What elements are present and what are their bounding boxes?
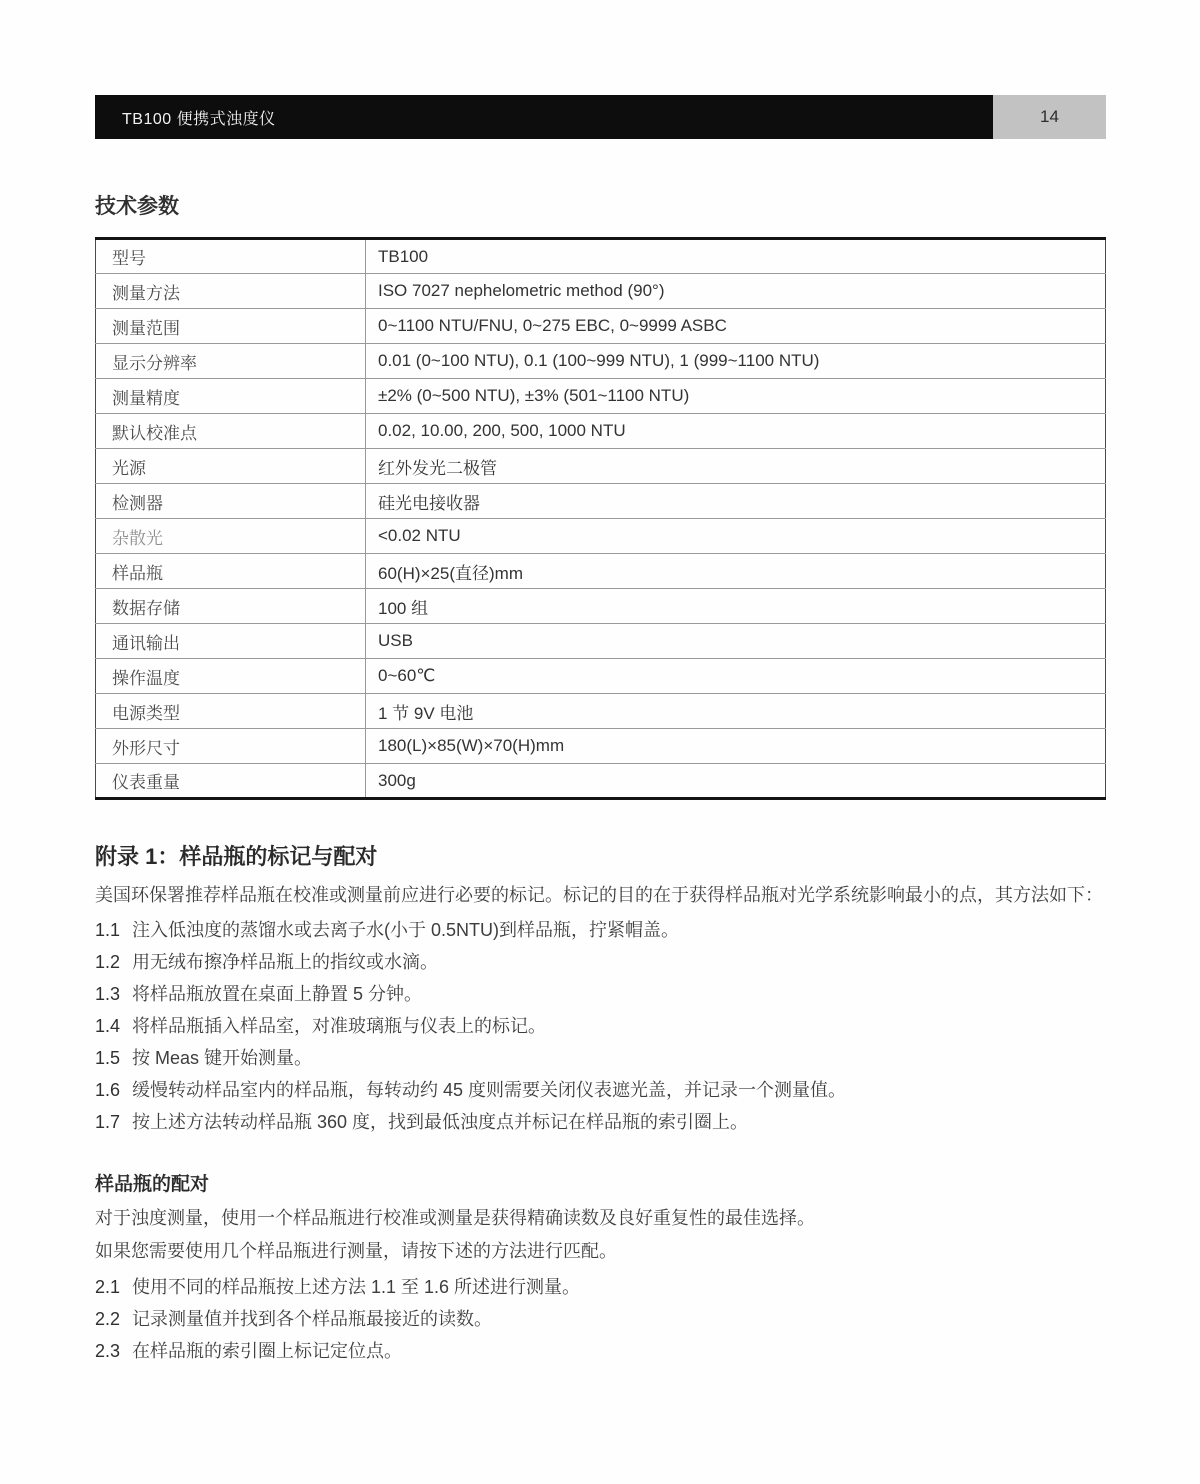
table-row: 测量精度 ±2% (0~500 NTU), ±3% (501~1100 NTU) <box>96 379 1106 414</box>
table-row: 光源 红外发光二极管 <box>96 449 1106 484</box>
spec-label: 电源类型 <box>96 694 366 729</box>
document-title-bar: TB100 便携式浊度仪 <box>95 95 993 139</box>
list-item-text: 按上述方法转动样品瓶 360 度，找到最低浊度点并标记在样品瓶的索引圈上。 <box>132 1111 1106 1133</box>
table-row: 测量方法 ISO 7027 nephelometric method (90°) <box>96 274 1106 309</box>
list-item-text: 将样品瓶插入样品室，对准玻璃瓶与仪表上的标记。 <box>132 1015 1106 1037</box>
spec-value: 60(H)×25(直径)mm <box>366 554 1106 589</box>
spec-value: 0.01 (0~100 NTU), 0.1 (100~999 NTU), 1 (… <box>366 344 1106 379</box>
list-item: 2.2 记录测量值并找到各个样品瓶最接近的读数。 <box>95 1308 1106 1330</box>
spec-label: 测量精度 <box>96 379 366 414</box>
spec-value: 0.02, 10.00, 200, 500, 1000 NTU <box>366 414 1106 449</box>
spec-label: 光源 <box>96 449 366 484</box>
list-item-number: 1.7 <box>95 1111 132 1133</box>
list-item-text: 注入低浊度的蒸馏水或去离子水(小于 0.5NTU)到样品瓶，拧紧帽盖。 <box>132 919 1106 941</box>
spec-value: 0~60℃ <box>366 659 1106 694</box>
table-row: 样品瓶 60(H)×25(直径)mm <box>96 554 1106 589</box>
section-title-specs: 技术参数 <box>95 190 1106 220</box>
list-item: 2.3 在样品瓶的索引圈上标记定位点。 <box>95 1340 1106 1362</box>
spec-value: 180(L)×85(W)×70(H)mm <box>366 729 1106 764</box>
spec-label: 显示分辨率 <box>96 344 366 379</box>
list-item-text: 将样品瓶放置在桌面上静置 5 分钟。 <box>132 983 1106 1005</box>
table-row: 默认校准点 0.02, 10.00, 200, 500, 1000 NTU <box>96 414 1106 449</box>
page-content: TB100 便携式浊度仪 14 技术参数 型号 TB100 测量方法 ISO 7… <box>0 95 1200 1362</box>
table-row: 操作温度 0~60℃ <box>96 659 1106 694</box>
spec-label: 通讯输出 <box>96 624 366 659</box>
spec-label: 测量方法 <box>96 274 366 309</box>
list-item-number: 2.1 <box>95 1276 132 1298</box>
spec-value: 100 组 <box>366 589 1106 624</box>
list-item-number: 1.4 <box>95 1015 132 1037</box>
table-row: 型号 TB100 <box>96 239 1106 274</box>
table-row: 数据存储 100 组 <box>96 589 1106 624</box>
appendix-intro: 美国环保署推荐样品瓶在校准或测量前应进行必要的标记。标记的目的在于获得样品瓶对光… <box>95 883 1106 907</box>
table-row: 外形尺寸 180(L)×85(W)×70(H)mm <box>96 729 1106 764</box>
list-item-text: 在样品瓶的索引圈上标记定位点。 <box>132 1340 1106 1362</box>
list-item: 1.4 将样品瓶插入样品室，对准玻璃瓶与仪表上的标记。 <box>95 1015 1106 1037</box>
spec-value: 300g <box>366 764 1106 799</box>
list-item: 1.2 用无绒布擦净样品瓶上的指纹或水滴。 <box>95 951 1106 973</box>
pairing-list: 2.1 使用不同的样品瓶按上述方法 1.1 至 1.6 所述进行测量。 2.2 … <box>95 1276 1106 1362</box>
list-item-text: 使用不同的样品瓶按上述方法 1.1 至 1.6 所述进行测量。 <box>132 1276 1106 1298</box>
spec-value: 红外发光二极管 <box>366 449 1106 484</box>
header-bar: TB100 便携式浊度仪 14 <box>95 95 1106 139</box>
page-number-box: 14 <box>993 95 1106 139</box>
table-row: 通讯输出 USB <box>96 624 1106 659</box>
list-item-text: 记录测量值并找到各个样品瓶最接近的读数。 <box>132 1308 1106 1330</box>
list-item-number: 1.6 <box>95 1079 132 1101</box>
specs-table: 型号 TB100 测量方法 ISO 7027 nephelometric met… <box>95 237 1106 800</box>
list-item-number: 2.3 <box>95 1340 132 1362</box>
list-item-text: 缓慢转动样品室内的样品瓶，每转动约 45 度则需要关闭仪表遮光盖，并记录一个测量… <box>132 1079 1106 1101</box>
spec-label: 仪表重量 <box>96 764 366 799</box>
spec-label: 检测器 <box>96 484 366 519</box>
pairing-paragraph: 对于浊度测量，使用一个样品瓶进行校准或测量是获得精确读数及良好重复性的最佳选择。 <box>95 1207 1106 1229</box>
document-title: TB100 便携式浊度仪 <box>122 106 276 129</box>
list-item-text: 用无绒布擦净样品瓶上的指纹或水滴。 <box>132 951 1106 973</box>
list-item: 1.5 按 Meas 键开始测量。 <box>95 1047 1106 1069</box>
spec-value: <0.02 NTU <box>366 519 1106 554</box>
table-row: 显示分辨率 0.01 (0~100 NTU), 0.1 (100~999 NTU… <box>96 344 1106 379</box>
table-row: 杂散光 <0.02 NTU <box>96 519 1106 554</box>
spec-label: 默认校准点 <box>96 414 366 449</box>
spec-value: USB <box>366 624 1106 659</box>
appendix-title: 附录 1：样品瓶的标记与配对 <box>95 840 1106 871</box>
list-item-number: 1.5 <box>95 1047 132 1069</box>
spec-label: 型号 <box>96 239 366 274</box>
list-item: 1.6 缓慢转动样品室内的样品瓶，每转动约 45 度则需要关闭仪表遮光盖，并记录… <box>95 1079 1106 1101</box>
table-row: 仪表重量 300g <box>96 764 1106 799</box>
page-number: 14 <box>1040 107 1059 127</box>
spec-value: 1 节 9V 电池 <box>366 694 1106 729</box>
pairing-paragraph: 如果您需要使用几个样品瓶进行测量，请按下述的方法进行匹配。 <box>95 1240 1106 1262</box>
list-item-number: 1.3 <box>95 983 132 1005</box>
table-row: 检测器 硅光电接收器 <box>96 484 1106 519</box>
spec-value: 硅光电接收器 <box>366 484 1106 519</box>
list-item-number: 2.2 <box>95 1308 132 1330</box>
spec-value: 0~1100 NTU/FNU, 0~275 EBC, 0~9999 ASBC <box>366 309 1106 344</box>
pairing-title: 样品瓶的配对 <box>95 1169 1106 1196</box>
spec-label: 样品瓶 <box>96 554 366 589</box>
appendix-list: 1.1 注入低浊度的蒸馏水或去离子水(小于 0.5NTU)到样品瓶，拧紧帽盖。 … <box>95 919 1106 1133</box>
table-row: 电源类型 1 节 9V 电池 <box>96 694 1106 729</box>
spec-value: ISO 7027 nephelometric method (90°) <box>366 274 1106 309</box>
spec-label: 杂散光 <box>96 519 366 554</box>
list-item: 1.7 按上述方法转动样品瓶 360 度，找到最低浊度点并标记在样品瓶的索引圈上… <box>95 1111 1106 1133</box>
spec-value: TB100 <box>366 239 1106 274</box>
list-item-number: 1.1 <box>95 919 132 941</box>
spec-label: 操作温度 <box>96 659 366 694</box>
list-item: 2.1 使用不同的样品瓶按上述方法 1.1 至 1.6 所述进行测量。 <box>95 1276 1106 1298</box>
list-item: 1.3 将样品瓶放置在桌面上静置 5 分钟。 <box>95 983 1106 1005</box>
spec-value: ±2% (0~500 NTU), ±3% (501~1100 NTU) <box>366 379 1106 414</box>
pairing-paragraphs: 对于浊度测量，使用一个样品瓶进行校准或测量是获得精确读数及良好重复性的最佳选择。… <box>95 1207 1106 1262</box>
list-item-number: 1.2 <box>95 951 132 973</box>
list-item-text: 按 Meas 键开始测量。 <box>132 1047 1106 1069</box>
spec-label: 测量范围 <box>96 309 366 344</box>
table-row: 测量范围 0~1100 NTU/FNU, 0~275 EBC, 0~9999 A… <box>96 309 1106 344</box>
spec-label: 外形尺寸 <box>96 729 366 764</box>
spec-label: 数据存储 <box>96 589 366 624</box>
list-item: 1.1 注入低浊度的蒸馏水或去离子水(小于 0.5NTU)到样品瓶，拧紧帽盖。 <box>95 919 1106 941</box>
manual-page: TB100 便携式浊度仪 14 技术参数 型号 TB100 测量方法 ISO 7… <box>0 0 1200 1484</box>
